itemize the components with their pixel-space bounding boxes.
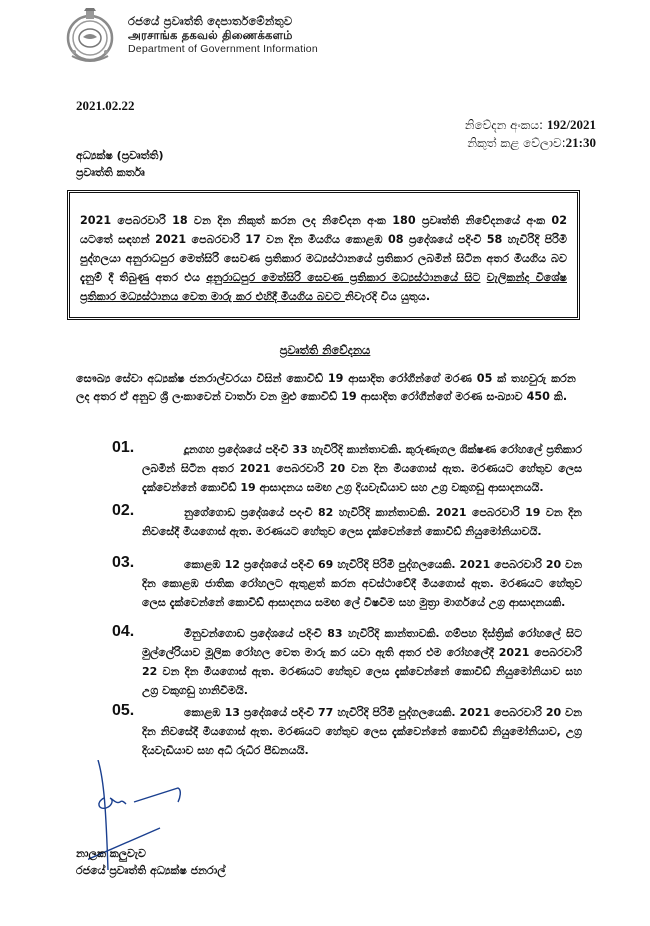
case-text: කොළඹ 12 ප්‍රදේශයේ පදිංචි 69 හැවිරිදි පිර… bbox=[142, 555, 582, 612]
issue-time-line: නිකුත් කළ වේලාව:21:30 bbox=[465, 134, 596, 152]
addressee-line-1: අධ්‍යක්ෂ (ප්‍රවෘත්ති) bbox=[76, 147, 164, 164]
correction-text-part2: නිවැරදි විය යුතුය. bbox=[345, 290, 430, 303]
national-emblem-icon bbox=[64, 6, 116, 64]
release-reference: නිවේදන අංකය: 192/2021 නිකුත් කළ වේලාව:21… bbox=[465, 116, 596, 152]
org-name-sinhala: රජයේ ප්‍රවෘත්ති දෙපාර්තමේන්තුව bbox=[128, 14, 318, 28]
case-number: 03. bbox=[112, 554, 134, 572]
death-case-item: 05. කොළඹ 13 ප්‍රදේශයේ පදිංචි 77 හැවිරිදි… bbox=[112, 703, 582, 760]
signatory-name: නාලක කලුවැව bbox=[76, 845, 226, 862]
correction-underlined-1: අනුරාධපුර මෙත්සිරි සෙවණ ප්‍රතිකාර මධ්‍යස… bbox=[206, 271, 480, 284]
case-text: කොළඹ 13 ප්‍රදේශයේ පදිංචි 77 හැවිරිදි පිර… bbox=[142, 703, 582, 760]
case-text: දූනගහ ප්‍රදේශයේ පදිංචි 33 හැවිරිදි කාන්ත… bbox=[142, 440, 582, 497]
spacer bbox=[480, 271, 486, 284]
correction-notice-text: 2021 පෙබරවාරි 18 වන දින නිකුත් කරන ලද නි… bbox=[80, 211, 567, 306]
case-text: මිනුවන්ගොඩ ප්‍රදේශයේ පදිංචි 83 හැවිරිදි … bbox=[142, 624, 582, 700]
correction-notice-box: 2021 පෙබරවාරි 18 වන දින නිකුත් කරන ලද නි… bbox=[67, 190, 580, 320]
case-number: 02. bbox=[112, 502, 134, 520]
release-number: 192/2021 bbox=[547, 117, 596, 132]
death-case-item: 03. කොළඹ 12 ප්‍රදේශයේ පදිංචි 69 හැවිරිදි… bbox=[112, 555, 582, 612]
death-case-item: 01. දූනගහ ප්‍රදේශයේ පදිංචි 33 හැවිරිදි ක… bbox=[112, 440, 582, 497]
section-title: ප්‍රවෘත්ති නිවේදනය bbox=[0, 343, 650, 358]
case-number: 01. bbox=[112, 439, 134, 457]
death-case-item: 02. නුගේගොඩ ප්‍රදේශයේ පදංචි 82 හැවිරිදි … bbox=[112, 503, 582, 541]
release-date: 2021.02.22 bbox=[76, 98, 135, 114]
letterhead: රජයේ ප්‍රවෘත්ති දෙපාර්තමේන්තුව அரசாங்க த… bbox=[64, 6, 318, 64]
addressee-line-2: ප්‍රවෘත්ති කර්තෘ bbox=[76, 164, 164, 181]
case-text: නුගේගොඩ ප්‍රදේශයේ පදංචි 82 හැවිරිදි කාන්… bbox=[142, 503, 582, 541]
release-number-line: නිවේදන අංකය: 192/2021 bbox=[465, 116, 596, 134]
org-name-english: Department of Government Information bbox=[128, 42, 318, 56]
issue-time-label: නිකුත් කළ වේලාව: bbox=[467, 136, 565, 150]
issue-time: 21:30 bbox=[566, 135, 596, 150]
case-number: 04. bbox=[112, 623, 134, 641]
intro-paragraph: සෞඛ්‍ය සේවා අධ්‍යක්ෂ ජනරාල්වරයා විසින් ක… bbox=[76, 370, 576, 406]
correction-underlined-2: වැලිකන්ද විශේෂ ප්‍රතිකාර මධ්‍යස්ථානය වෙත… bbox=[80, 271, 567, 303]
signatory: නාලක කලුවැව රජයේ ප්‍රවෘත්ති අධ්‍යක්ෂ ජනර… bbox=[76, 845, 226, 879]
death-case-item: 04. මිනුවන්ගොඩ ප්‍රදේශයේ පදිංචි 83 හැවිර… bbox=[112, 624, 582, 700]
release-number-label: නිවේදන අංකය: bbox=[465, 118, 543, 132]
addressee: අධ්‍යක්ෂ (ප්‍රවෘත්ති) ප්‍රවෘත්ති කර්තෘ bbox=[76, 147, 164, 181]
org-name-tamil: அரசாங்க தகவல் திணைக்களம் bbox=[128, 28, 318, 42]
correction-text-part1: 2021 පෙබරවාරි 18 වන දින නිකුත් කරන ලද නි… bbox=[80, 214, 567, 284]
case-number: 05. bbox=[112, 702, 134, 720]
signatory-title: රජයේ ප්‍රවෘත්ති අධ්‍යක්ෂ ජනරාල් bbox=[76, 862, 226, 879]
